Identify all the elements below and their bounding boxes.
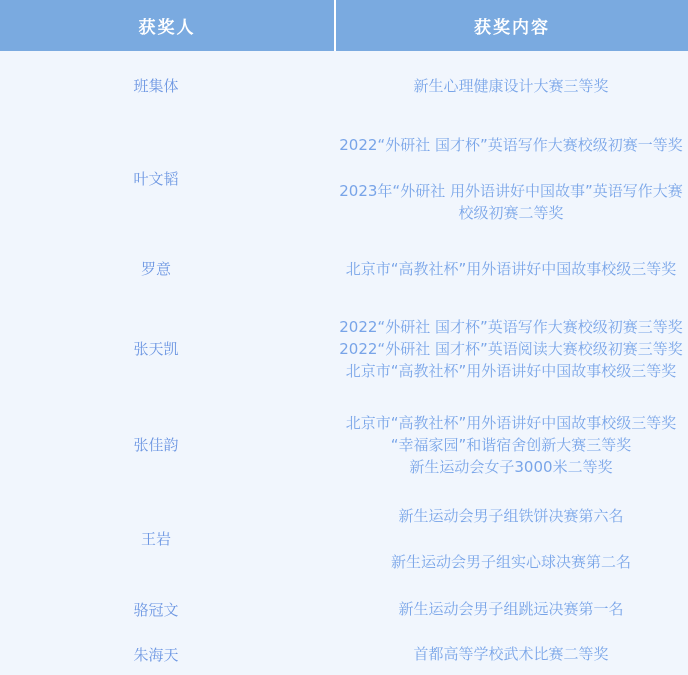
award-content-cell: 新生运动会男子组跳远决赛第一名 — [334, 585, 688, 633]
award-paragraph: 首都高等学校武术比赛二等奖 — [413, 643, 608, 665]
award-line: “幸福家园”和谐宿舍创新大赛三等奖 — [391, 436, 632, 454]
award-line: 新生运动会女子3000米二等奖 — [409, 458, 612, 476]
winner-name: 罗意 — [141, 258, 171, 279]
award-paragraph: 新生运动会男子组跳远决赛第一名 — [398, 598, 623, 620]
award-content-cell: 北京市“高教社杯”用外语讲好中国故事校级三等奖 — [334, 237, 688, 300]
winner-name: 朱海天 — [133, 644, 178, 665]
winner-name: 张天凯 — [133, 338, 178, 359]
winner-name-cell: 朱海天 — [0, 633, 334, 675]
award-content-cell: 2022“外研社 国才杯”英语写作大赛校级初赛一等奖2023年“外研社 用外语讲… — [334, 120, 688, 237]
award-paragraph: 2023年“外研社 用外语讲好中国故事”英语写作大赛校级初赛二等奖 — [339, 180, 683, 224]
award-line: 新生运动会男子组铁饼决赛第六名 — [398, 507, 623, 525]
award-line: 校级初赛二等奖 — [458, 204, 563, 222]
winner-name-cell: 王岩 — [0, 492, 334, 585]
table-row: 骆冠文新生运动会男子组跳远决赛第一名 — [0, 585, 688, 633]
winner-name-cell: 骆冠文 — [0, 585, 334, 633]
table-row: 班集体新生心理健康设计大赛三等奖 — [0, 51, 688, 120]
award-paragraph: 新生运动会男子组铁饼决赛第六名 — [398, 505, 623, 527]
winner-name: 王岩 — [141, 528, 171, 549]
award-line: 2022“外研社 国才杯”英语写作大赛校级初赛三等奖 — [339, 318, 683, 336]
award-content-cell: 新生运动会男子组铁饼决赛第六名新生运动会男子组实心球决赛第二名 — [334, 492, 688, 585]
winner-name-cell: 叶文韬 — [0, 120, 334, 237]
award-content-cell: 新生心理健康设计大赛三等奖 — [334, 51, 688, 120]
award-line: 北京市“高教社杯”用外语讲好中国故事校级三等奖 — [346, 362, 677, 380]
table-row: 王岩新生运动会男子组铁饼决赛第六名新生运动会男子组实心球决赛第二名 — [0, 492, 688, 585]
winner-name: 骆冠文 — [133, 599, 178, 620]
table-row: 张佳韵北京市“高教社杯”用外语讲好中国故事校级三等奖“幸福家园”和谐宿舍创新大赛… — [0, 397, 688, 492]
table-row: 叶文韬2022“外研社 国才杯”英语写作大赛校级初赛一等奖2023年“外研社 用… — [0, 120, 688, 237]
table-row: 朱海天首都高等学校武术比赛二等奖 — [0, 633, 688, 675]
award-content-cell: 2022“外研社 国才杯”英语写作大赛校级初赛三等奖2022“外研社 国才杯”英… — [334, 300, 688, 397]
table-row: 罗意北京市“高教社杯”用外语讲好中国故事校级三等奖 — [0, 237, 688, 300]
award-line: 新生运动会男子组实心球决赛第二名 — [391, 553, 631, 571]
award-content-cell: 首都高等学校武术比赛二等奖 — [334, 633, 688, 675]
award-content-cell: 北京市“高教社杯”用外语讲好中国故事校级三等奖“幸福家园”和谐宿舍创新大赛三等奖… — [334, 397, 688, 492]
award-paragraph: 2022“外研社 国才杯”英语写作大赛校级初赛三等奖2022“外研社 国才杯”英… — [339, 316, 683, 382]
award-paragraph: 新生心理健康设计大赛三等奖 — [413, 75, 608, 97]
winner-name: 叶文韬 — [133, 168, 178, 189]
award-paragraph: 北京市“高教社杯”用外语讲好中国故事校级三等奖“幸福家园”和谐宿舍创新大赛三等奖… — [346, 412, 677, 478]
award-line: 新生运动会男子组跳远决赛第一名 — [398, 600, 623, 618]
award-line: 2023年“外研社 用外语讲好中国故事”英语写作大赛 — [339, 182, 683, 200]
awards-table: 获奖人 获奖内容 班集体新生心理健康设计大赛三等奖叶文韬2022“外研社 国才杯… — [0, 0, 688, 675]
award-paragraph: 北京市“高教社杯”用外语讲好中国故事校级三等奖 — [346, 258, 677, 280]
award-paragraph: 新生运动会男子组实心球决赛第二名 — [391, 551, 631, 573]
winner-name-cell: 班集体 — [0, 51, 334, 120]
award-line: 北京市“高教社杯”用外语讲好中国故事校级三等奖 — [346, 414, 677, 432]
award-line: 2022“外研社 国才杯”英语写作大赛校级初赛一等奖 — [339, 136, 683, 154]
table-body: 班集体新生心理健康设计大赛三等奖叶文韬2022“外研社 国才杯”英语写作大赛校级… — [0, 51, 688, 675]
winner-name-cell: 张佳韵 — [0, 397, 334, 492]
award-line: 2022“外研社 国才杯”英语阅读大赛校级初赛三等奖 — [339, 340, 683, 358]
table-row: 张天凯2022“外研社 国才杯”英语写作大赛校级初赛三等奖2022“外研社 国才… — [0, 300, 688, 397]
winner-name-cell: 罗意 — [0, 237, 334, 300]
award-line: 首都高等学校武术比赛二等奖 — [413, 645, 608, 663]
table-header: 获奖人 获奖内容 — [0, 0, 688, 51]
award-line: 新生心理健康设计大赛三等奖 — [413, 77, 608, 95]
winner-name-cell: 张天凯 — [0, 300, 334, 397]
winner-name: 班集体 — [133, 75, 178, 96]
award-line: 北京市“高教社杯”用外语讲好中国故事校级三等奖 — [346, 260, 677, 278]
header-cell-content: 获奖内容 — [336, 0, 688, 51]
award-paragraph: 2022“外研社 国才杯”英语写作大赛校级初赛一等奖 — [339, 134, 683, 156]
header-cell-winner: 获奖人 — [0, 0, 334, 51]
winner-name: 张佳韵 — [133, 434, 178, 455]
